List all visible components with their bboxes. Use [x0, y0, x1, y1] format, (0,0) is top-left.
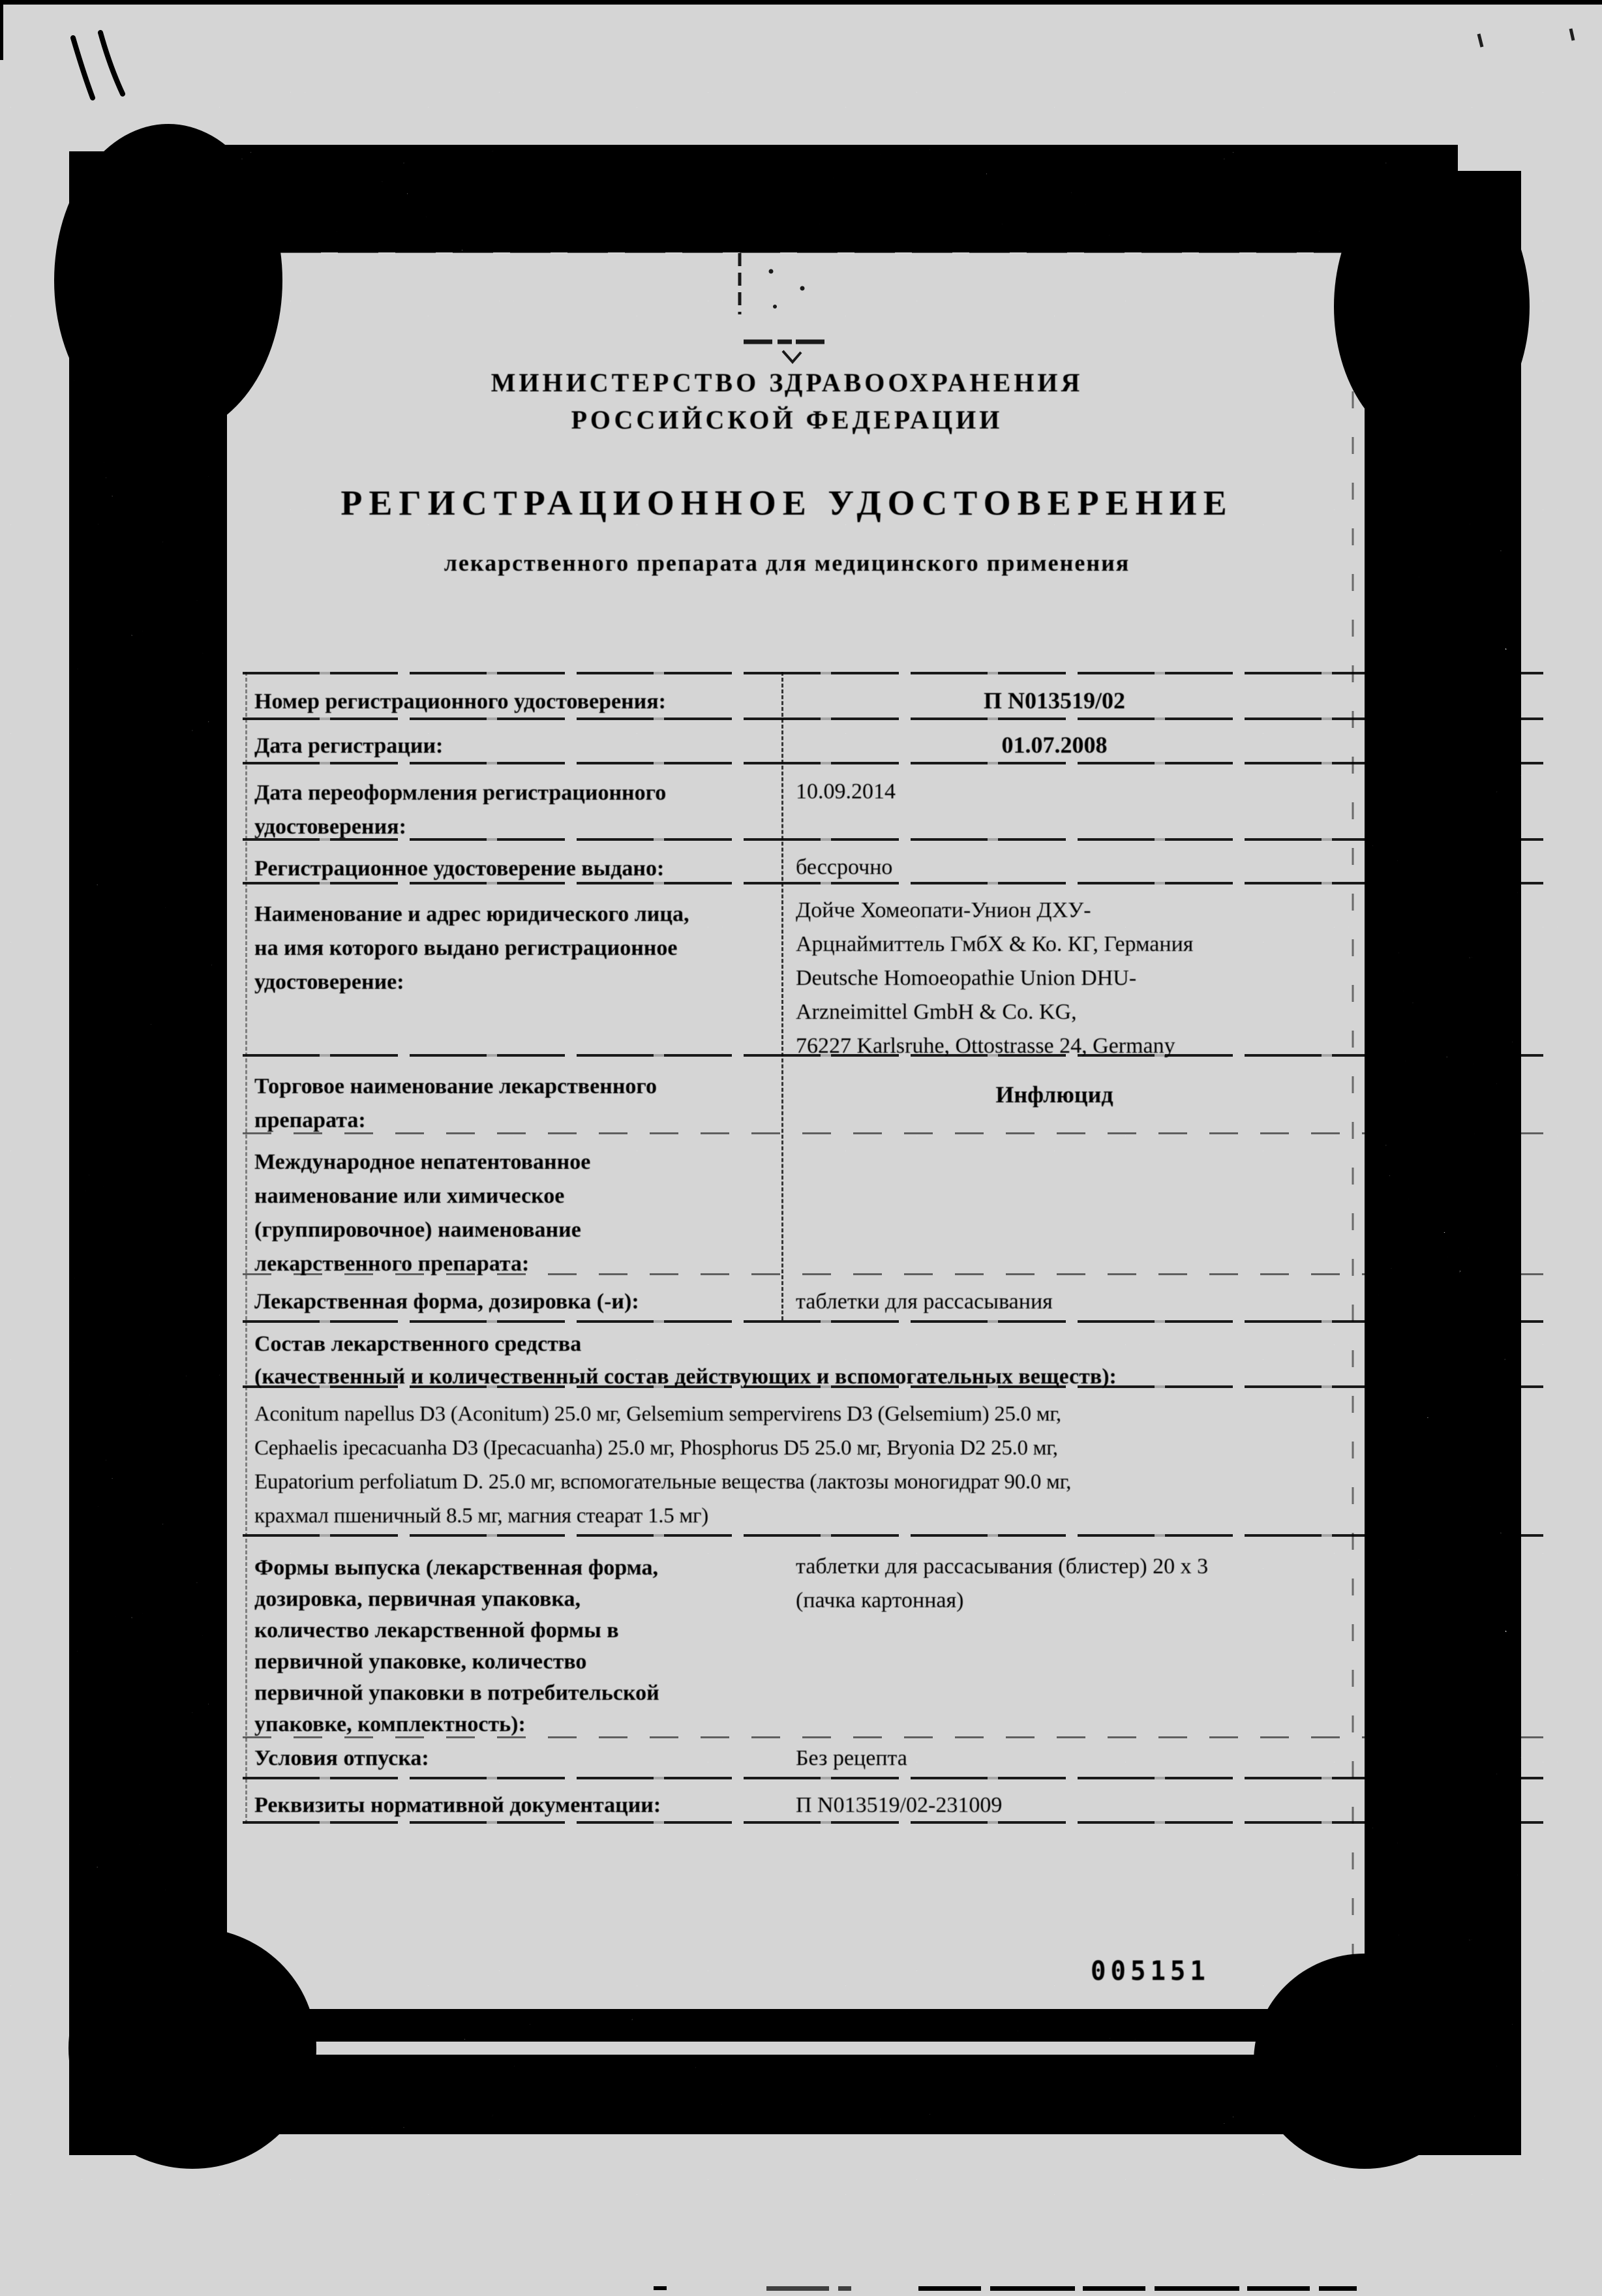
ministry-line2: РОССИЙСКОЙ ФЕДЕРАЦИИ — [247, 404, 1327, 435]
page-title: РЕГИСТРАЦИОННОЕ УДОСТОВЕРЕНИЕ — [247, 483, 1327, 523]
scanned-registration-certificate: { "document": { "serial_number": "005151… — [0, 0, 1602, 2296]
scan-edge-left-notch — [0, 5, 3, 60]
reg-number-value: П N013519/02 — [781, 684, 1327, 717]
composition-heading: Состав лекарственного средства (качестве… — [254, 1328, 1325, 1393]
table-left-edge — [245, 672, 247, 1824]
holder-value: Дойче Хомеопати-Унион ДХУ- Арцнаймиттель… — [796, 894, 1325, 1063]
reg-date-label: Дата регистрации: — [254, 729, 778, 763]
dispensing-value: Без рецепта — [796, 1742, 1325, 1775]
registration-table: Номер регистрационного удостоверения: П … — [247, 672, 1327, 1824]
reissue-date-value: 10.09.2014 — [796, 775, 1325, 809]
dosage-form-value: таблетки для рассасывания — [796, 1285, 1325, 1319]
reg-number-label: Номер регистрационного удостоверения: — [254, 685, 778, 719]
page-subtitle: лекарственного препарата для медицинског… — [247, 549, 1327, 577]
table-column-divider — [781, 672, 783, 1320]
stray-marks — [1479, 29, 1573, 47]
issued-value: бессрочно — [796, 851, 1325, 884]
issued-label: Регистрационное удостоверение выдано: — [254, 852, 778, 886]
normative-docs-label: Реквизиты нормативной документации: — [254, 1789, 778, 1822]
composition-text: Aconitum napellus D3 (Aconitum) 25.0 мг,… — [254, 1397, 1325, 1533]
reg-date-value: 01.07.2008 — [781, 728, 1327, 762]
trade-name-label: Торговое наименование лекарственного пре… — [254, 1070, 778, 1138]
trade-name-value: Инфлюцид — [781, 1078, 1327, 1111]
dispensing-label: Условия отпуска: — [254, 1742, 778, 1775]
handwritten-mark — [73, 33, 123, 98]
scan-edge-top — [0, 0, 1602, 5]
scan-edge-bottom-line — [918, 2286, 1357, 2291]
ministry-line1: МИНИСТЕРСТВО ЗДРАВООХРАНЕНИЯ — [247, 367, 1327, 398]
border-bottom-band — [217, 2009, 1391, 2134]
serial-number-stamp: 005151 — [1091, 1956, 1210, 1987]
release-forms-label: Формы выпуска (лекарственная форма, дози… — [254, 1552, 778, 1740]
table-rule — [243, 672, 1543, 674]
table-rule — [243, 1777, 1543, 1779]
emblem-sketch — [740, 253, 827, 362]
scan-edge-bottom-dash — [654, 2286, 667, 2290]
scan-edge-bottom-specks — [766, 2286, 851, 2291]
inn-label: Международное непатентованное наименован… — [254, 1145, 778, 1281]
dosage-form-label: Лекарственная форма, дозировка (-и): — [254, 1285, 778, 1319]
border-top-band — [160, 145, 1460, 252]
holder-label: Наименование и адрес юридического лица, … — [254, 898, 778, 999]
reissue-date-label: Дата переоформления регистрационного удо… — [254, 776, 778, 844]
release-forms-value: таблетки для рассасывания (блистер) 20 х… — [796, 1550, 1325, 1618]
table-rule — [243, 1320, 1543, 1323]
normative-docs-value: П N013519/02-231009 — [796, 1789, 1325, 1822]
table-rule — [243, 1534, 1543, 1537]
